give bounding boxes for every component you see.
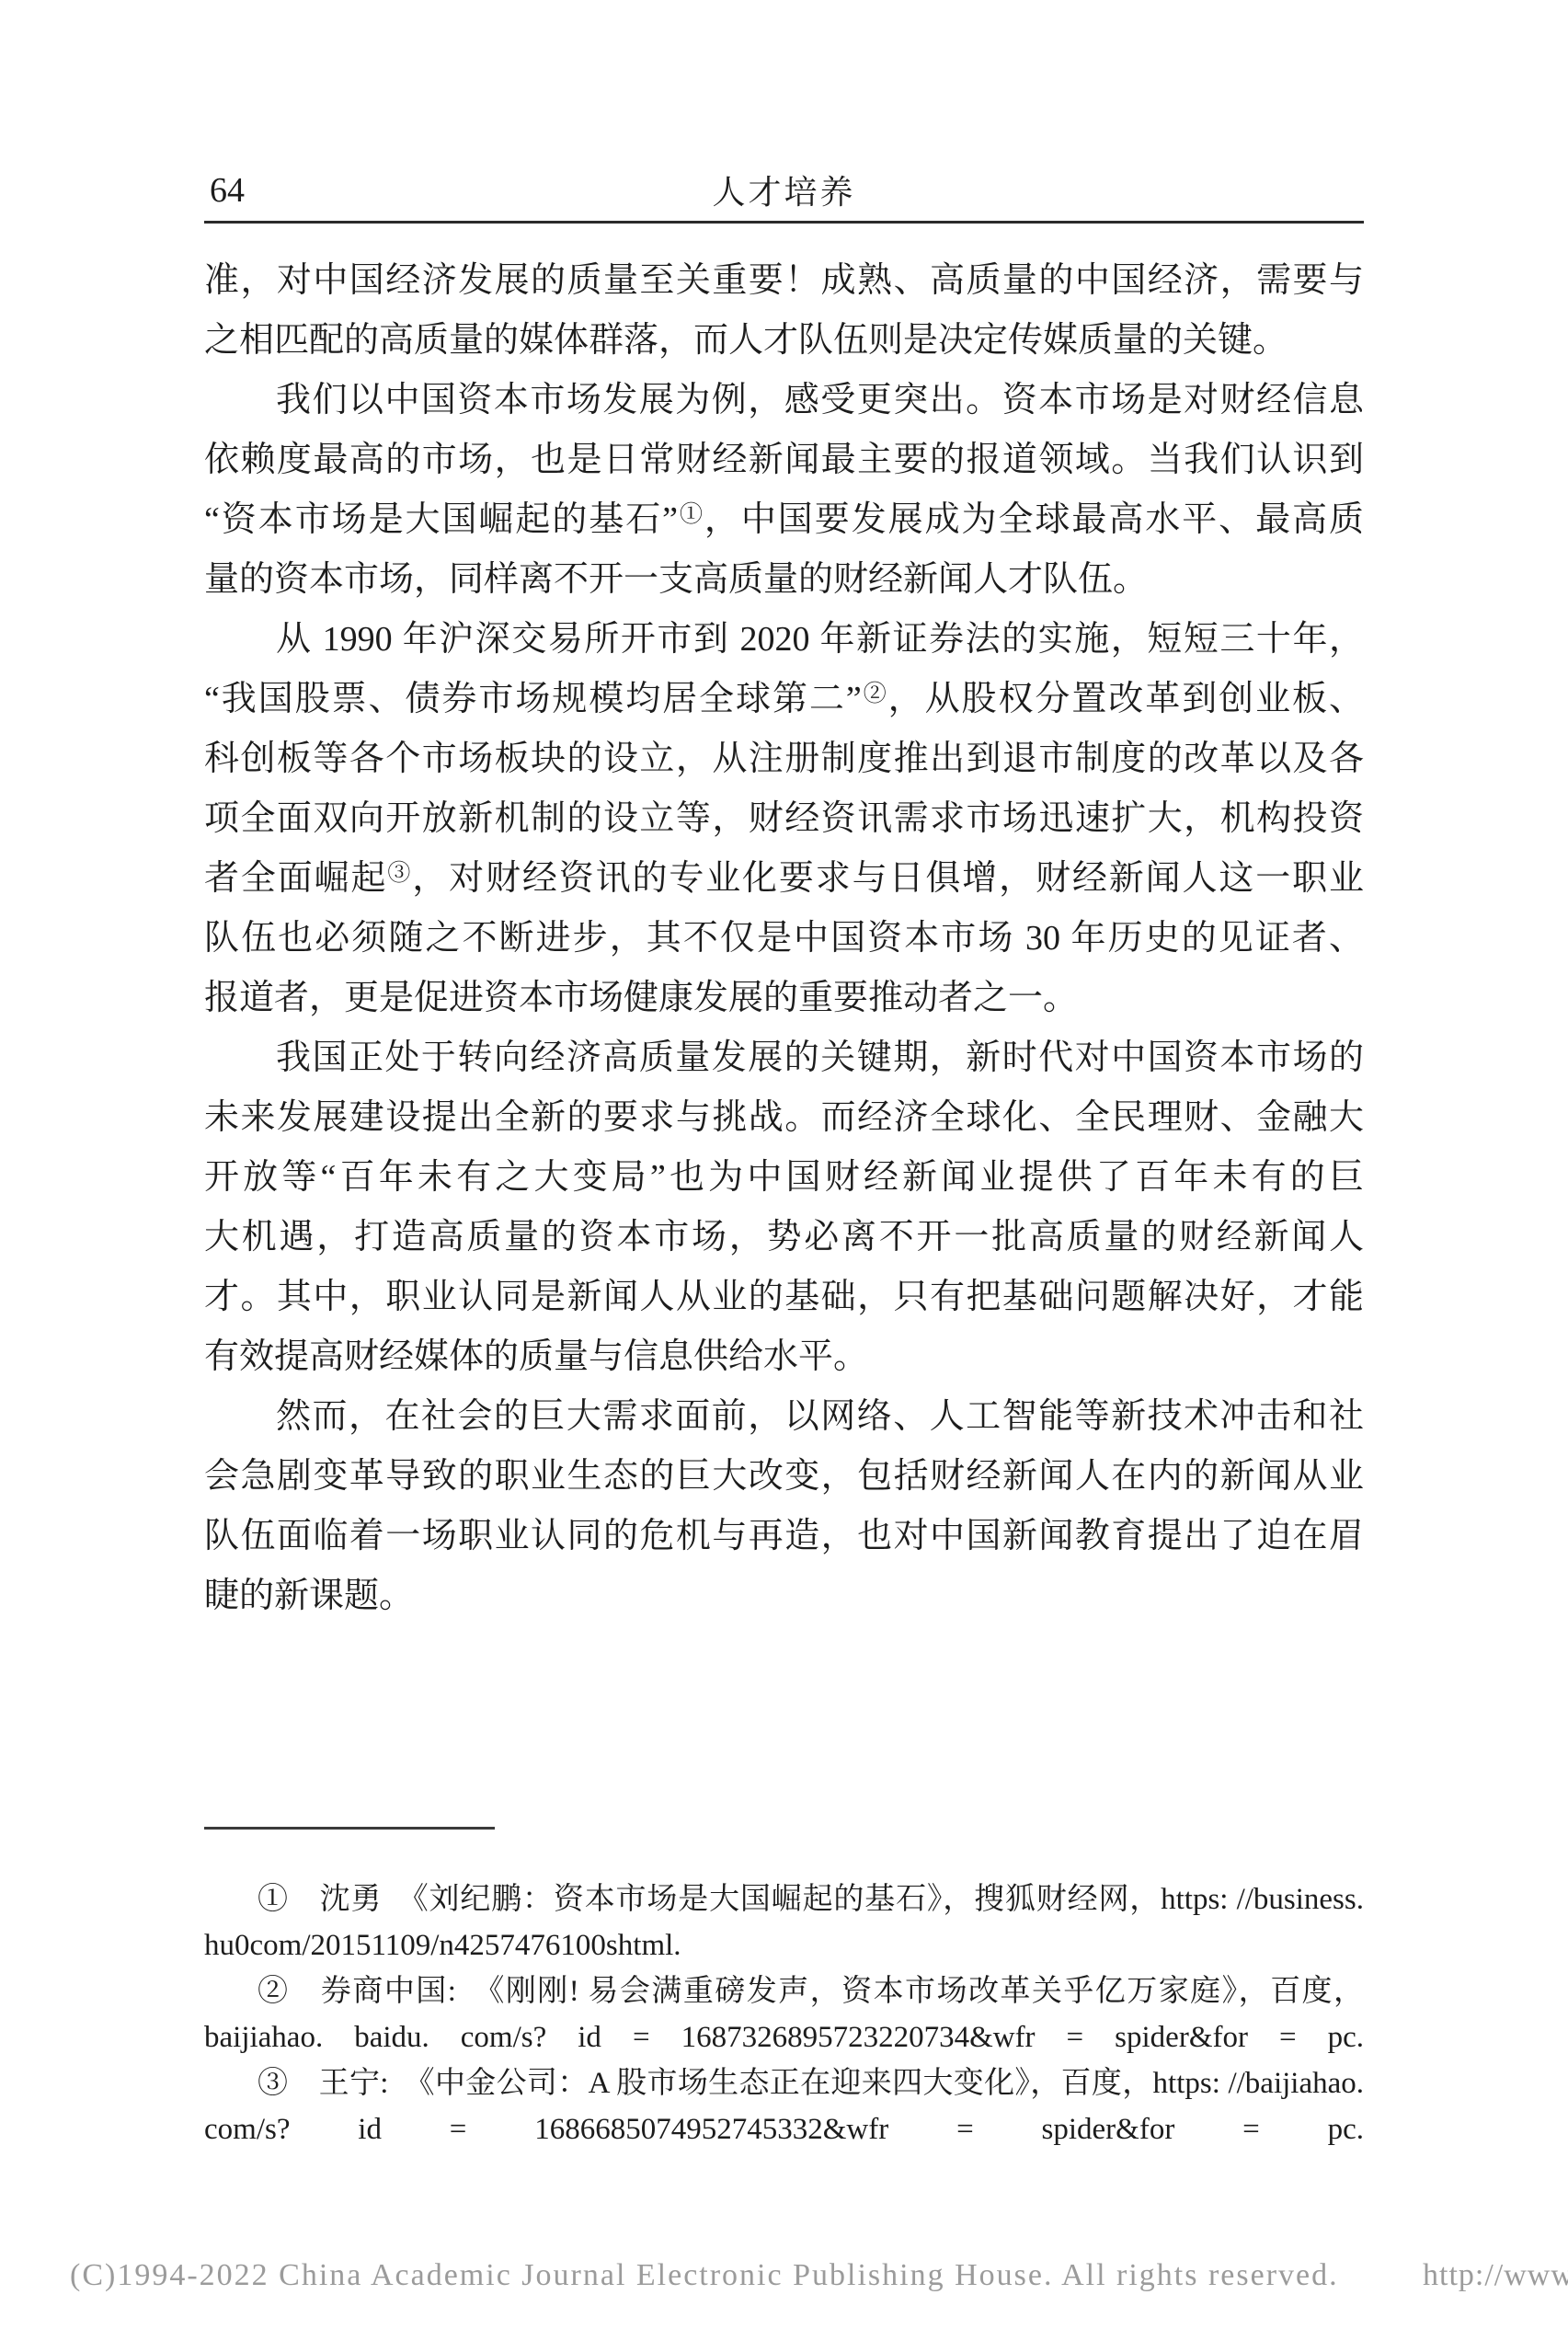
text-segment: 未来发展建设提出全新的要求与挑战。而经济全球化、全民理财、金融大 [204, 1098, 1364, 1137]
text-segment: 依赖度最高的市场，也是日常财经新闻最主要的报道领域。当我们认识到 [204, 441, 1364, 479]
text-line: 睫的新课题。 [204, 1566, 1364, 1626]
text-segment: 睫的新课题。 [204, 1577, 414, 1615]
text-segment: 队伍面临着一场职业认同的危机与再造，也对中国新闻教育提出了迫在眉 [204, 1517, 1364, 1555]
text-line: 准，对中国经济发展的质量至关重要！成熟、高质量的中国经济，需要与 [204, 251, 1364, 311]
text-line: 者全面崛起③，对财经资讯的专业化要求与日俱增，财经新闻人这一职业 [204, 849, 1364, 909]
text-segment: 会急剧变革导致的职业生态的巨大改变，包括财经新闻人在内的新闻从业 [204, 1457, 1364, 1496]
text-line: 项全面双向开放新机制的设立等，财经资讯需求市场迅速扩大，机构投资 [204, 789, 1364, 849]
copyright-text: (C)1994-2022 China Academic Journal Elec… [70, 2255, 1339, 2296]
text-line: 我国正处于转向经济高质量发展的关键期，新时代对中国资本市场的 [204, 1028, 1364, 1088]
text-line: “资本市场是大国崛起的基石”①，中国要发展成为全球最高水平、最高质 [204, 490, 1364, 550]
text-segment: “我国股票、债券市场规模均居全球第二” [204, 680, 862, 718]
text-line: 会急剧变革导致的职业生态的巨大改变，包括财经新闻人在内的新闻从业 [204, 1447, 1364, 1507]
footnote-separator [204, 1827, 495, 1830]
text-line: ① 沈勇 《刘纪鹏：资本市场是大国崛起的基石》，搜狐财经网，https: //b… [204, 1876, 1364, 1922]
text-segment: 报道者，更是促进资本市场健康发展的重要推动者之一。 [204, 979, 1078, 1017]
text-line: 我们以中国资本市场发展为例，感受更突出。资本市场是对财经信息 [204, 371, 1364, 430]
text-segment: 大机遇，打造高质量的资本市场，势必离不开一批高质量的财经新闻人 [204, 1218, 1364, 1256]
text-segment: 有效提高财经媒体的质量与信息供给水平。 [204, 1337, 868, 1376]
footnote-reference-superscript: ① [678, 502, 704, 527]
text-line: 才。其中，职业认同是新闻人从业的基础，只有把基础问题解决好，才能 [204, 1268, 1364, 1327]
text-line: 量的资本市场，同样离不开一支高质量的财经新闻人才队伍。 [204, 550, 1364, 610]
text-line: 科创板等各个市场板块的设立，从注册制度推出到退市制度的改革以及各 [204, 729, 1364, 789]
text-line: 开放等“百年未有之大变局”也为中国财经新闻业提供了百年未有的巨 [204, 1148, 1364, 1208]
text-segment: 我们以中国资本市场发展为例，感受更突出。资本市场是对财经信息 [276, 381, 1364, 419]
text-segment: hu0com/20151109/n4257476100shtml. [204, 1929, 681, 1962]
footnotes: ① 沈勇 《刘纪鹏：资本市场是大国崛起的基石》，搜狐财经网，https: //b… [204, 1876, 1364, 2152]
text-segment: ① 沈勇 《刘纪鹏：资本市场是大国崛起的基石》，搜狐财经网，https: //b… [204, 1883, 1364, 1922]
footnote-reference-superscript: ③ [387, 861, 412, 886]
text-segment: ② 券商中国: 《刚刚! 易会满重磅发声，资本市场改革关乎亿万家庭》，百度，ht… [204, 1975, 1364, 2014]
text-line: 依赖度最高的市场，也是日常财经新闻最主要的报道领域。当我们认识到 [204, 430, 1364, 490]
text-segment: 我国正处于转向经济高质量发展的关键期，新时代对中国资本市场的 [276, 1038, 1364, 1077]
text-segment: 然而，在社会的巨大需求面前，以网络、人工智能等新技术冲击和社 [276, 1397, 1364, 1436]
text-segment: ，从股权分置改革到创业板、 [888, 680, 1364, 718]
text-line: 大机遇，打造高质量的资本市场，势必离不开一批高质量的财经新闻人 [204, 1208, 1364, 1268]
text-line: 从 1990 年沪深交易所开市到 2020 年新证券法的实施，短短三十年， [204, 610, 1364, 670]
text-line: “我国股票、债券市场规模均居全球第二”②，从股权分置改革到创业板、 [204, 670, 1364, 729]
column-title: 人才培养 [0, 175, 1568, 210]
text-line: ② 券商中国: 《刚刚! 易会满重磅发声，资本市场改革关乎亿万家庭》，百度，ht… [204, 1968, 1364, 2014]
text-segment: 队伍也必须随之不断进步，其不仅是中国资本市场 30 年历史的见证者、 [204, 919, 1364, 958]
text-line: 然而，在社会的巨大需求面前，以网络、人工智能等新技术冲击和社 [204, 1387, 1364, 1447]
text-segment: 从 1990 年沪深交易所开市到 2020 年新证券法的实施，短短三十年， [276, 620, 1364, 659]
text-segment: 者全面崛起 [204, 859, 387, 898]
text-line: 之相匹配的高质量的媒体群落，而人才队伍则是决定传媒质量的关键。 [204, 311, 1364, 371]
text-segment: 准，对中国经济发展的质量至关重要！成熟、高质量的中国经济，需要与 [204, 261, 1364, 300]
header-rule [204, 221, 1364, 224]
text-segment: 开放等“百年未有之大变局”也为中国财经新闻业提供了百年未有的巨 [204, 1158, 1364, 1197]
journal-page: { "page": { "number": "64", "column_titl… [0, 0, 1568, 2352]
text-segment: 项全面双向开放新机制的设立等，财经资讯需求市场迅速扩大，机构投资 [204, 799, 1364, 838]
text-line: 未来发展建设提出全新的要求与挑战。而经济全球化、全民理财、金融大 [204, 1088, 1364, 1148]
footnote-reference-superscript: ② [862, 682, 888, 706]
text-segment: 才。其中，职业认同是新闻人从业的基础，只有把基础问题解决好，才能 [204, 1278, 1364, 1316]
text-line: 报道者，更是促进资本市场健康发展的重要推动者之一。 [204, 969, 1364, 1028]
text-segment: 科创板等各个市场板块的设立，从注册制度推出到退市制度的改革以及各 [204, 740, 1364, 778]
text-line: com/s? id = 1686685074952745332&wfr = sp… [204, 2106, 1364, 2152]
text-segment: com/s? id = 1686685074952745332&wfr = sp… [204, 2113, 1364, 2146]
text-segment: ③ 王宁: 《中金公司：A 股市场生态正在迎来四大变化》，百度，https: /… [204, 2067, 1364, 2106]
text-segment: 量的资本市场，同样离不开一支高质量的财经新闻人才队伍。 [204, 560, 1148, 599]
text-line: hu0com/20151109/n4257476100shtml. [204, 1922, 1364, 1968]
text-segment: 之相匹配的高质量的媒体群落，而人才队伍则是决定传媒质量的关键。 [204, 321, 1288, 360]
text-segment: ，中国要发展成为全球最高水平、最高质 [704, 500, 1364, 539]
text-line: ③ 王宁: 《中金公司：A 股市场生态正在迎来四大变化》，百度，https: /… [204, 2060, 1364, 2106]
text-line: 队伍也必须随之不断进步，其不仅是中国资本市场 30 年历史的见证者、 [204, 909, 1364, 969]
text-line: 队伍面临着一场职业认同的危机与再造，也对中国新闻教育提出了迫在眉 [204, 1507, 1364, 1566]
text-segment: ，对财经资讯的专业化要求与日俱增，财经新闻人这一职业 [412, 859, 1364, 898]
text-line: baijiahao. baidu. com/s? id = 1687326895… [204, 2014, 1364, 2060]
copyright-url: http://www [1423, 2255, 1568, 2296]
text-line: 有效提高财经媒体的质量与信息供给水平。 [204, 1327, 1364, 1387]
text-segment: baijiahao. baidu. com/s? id = 1687326895… [204, 2021, 1364, 2054]
article-body: 准，对中国经济发展的质量至关重要！成熟、高质量的中国经济，需要与之相匹配的高质量… [204, 251, 1364, 1626]
text-segment: “资本市场是大国崛起的基石” [204, 500, 678, 539]
